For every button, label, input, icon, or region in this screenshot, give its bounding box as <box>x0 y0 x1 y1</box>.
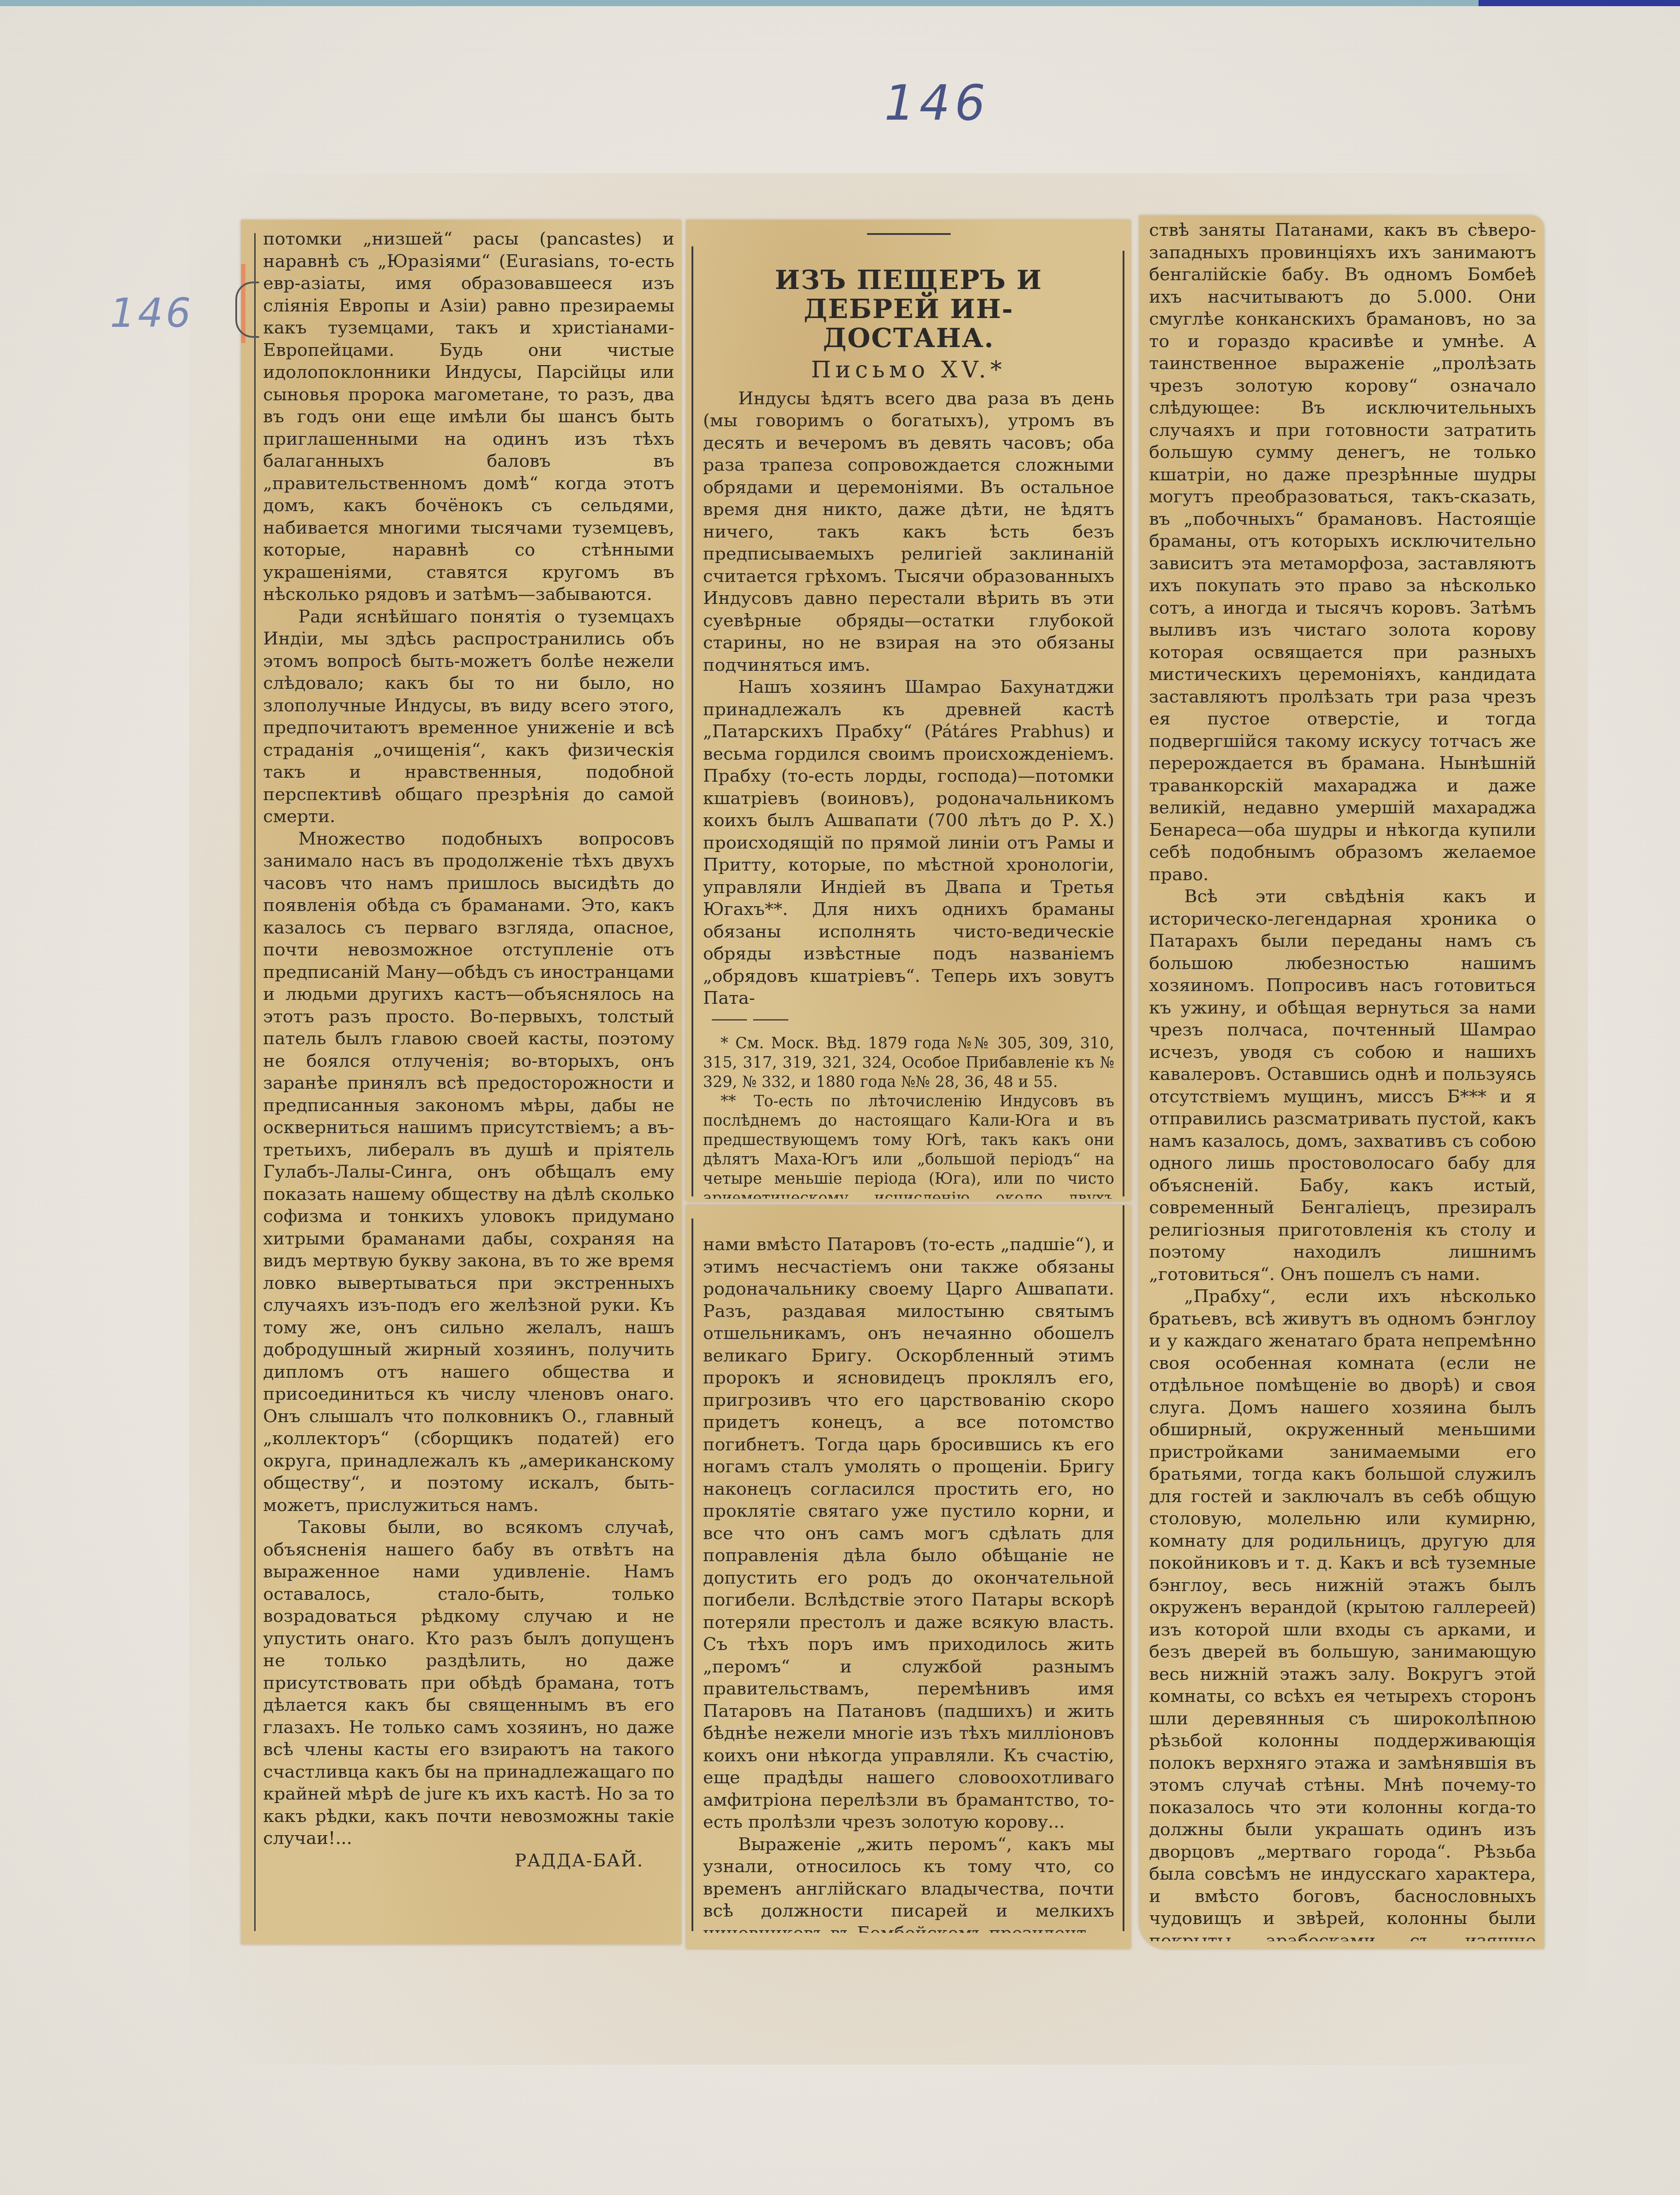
paragraph: нами вмѣсто Патаровъ (то-есть „падшіе“),… <box>703 1233 1114 1833</box>
column-2-text: ИЗЪ ПЕЩЕРЪ И ДЕБРЕЙ ИН- ДОСТАНА. Письмо … <box>703 220 1114 1199</box>
clipping-right-column: ствѣ заняты Патанами, какъ въ сѣверо-зап… <box>1139 216 1544 1949</box>
handwritten-page-number: 146 <box>884 75 990 131</box>
column-rule-right <box>1123 251 1124 1196</box>
paragraph: Всѣ эти свѣдѣнія какъ и историческо-леге… <box>1149 885 1536 1285</box>
clipping-left-column: потомки „низшей“ расы (pancastes) и нара… <box>241 220 681 1944</box>
handwritten-margin-page-number: 146 <box>110 290 194 337</box>
footnote: * См. Моск. Вѣд. 1879 года №№ 305, 309, … <box>703 1034 1114 1092</box>
clipping-middle-column-bottom: нами вмѣсто Патаровъ (то-есть „падшіе“),… <box>686 1205 1131 1949</box>
paragraph: Выраженіе „жить перомъ“, какъ мы узнали,… <box>703 1833 1114 1933</box>
paragraph: Множество подобныхъ вопросовъ занимало н… <box>263 828 674 1517</box>
footnote: ** То-есть по лѣточисленію Индусовъ въ п… <box>703 1092 1114 1199</box>
column-rule-left <box>692 246 693 1196</box>
column-3-text: ствѣ заняты Патанами, какъ въ сѣверо-зап… <box>1149 219 1536 1941</box>
footnote-separator <box>712 1019 1114 1021</box>
column-2-continuation-text: нами вмѣсто Патаровъ (то-есть „падшіе“),… <box>703 1233 1114 1933</box>
column-1-text: потомки „низшей“ расы (pancastes) и нара… <box>263 228 674 1935</box>
footnotes: * См. Моск. Вѣд. 1879 года №№ 305, 309, … <box>703 1034 1114 1199</box>
title-rule <box>867 233 951 235</box>
margin-bracket-mark <box>235 282 259 338</box>
paragraph: Нашъ хозяинъ Шамрао Бахунатджи принадлеж… <box>703 676 1114 1010</box>
article-title: ИЗЪ ПЕЩЕРЪ И ДЕБРЕЙ ИН- ДОСТАНА. <box>703 266 1114 353</box>
clipping-middle-column-top: ИЗЪ ПЕЩЕРЪ И ДЕБРЕЙ ИН- ДОСТАНА. Письмо … <box>686 220 1131 1201</box>
paragraph: Таковы были, во всякомъ случаѣ, объяснен… <box>263 1516 674 1850</box>
column-rule-left <box>692 1218 693 1931</box>
scan-top-edge <box>0 0 1680 6</box>
column-rule <box>254 233 256 1931</box>
paragraph: потомки „низшей“ расы (pancastes) и нара… <box>263 228 674 606</box>
author-signature: РАДДА-БАЙ. <box>263 1850 674 1872</box>
article-title-line-2: ДОСТАНА. <box>703 324 1114 353</box>
paragraph: „Прабху“, если ихъ нѣсколько братьевъ, в… <box>1149 1285 1536 1941</box>
paragraph: ствѣ заняты Патанами, какъ въ сѣверо-зап… <box>1149 219 1536 885</box>
paragraph: Индусы ѣдятъ всего два раза въ день (мы … <box>703 388 1114 677</box>
paragraph: Ради яснѣйшаго понятія о туземцахъ Индіи… <box>263 606 674 828</box>
letter-number: Письмо XV.* <box>703 359 1114 381</box>
column-rule-right <box>1123 1205 1124 1931</box>
article-title-line-1: ИЗЪ ПЕЩЕРЪ И ДЕБРЕЙ ИН- <box>703 266 1114 324</box>
